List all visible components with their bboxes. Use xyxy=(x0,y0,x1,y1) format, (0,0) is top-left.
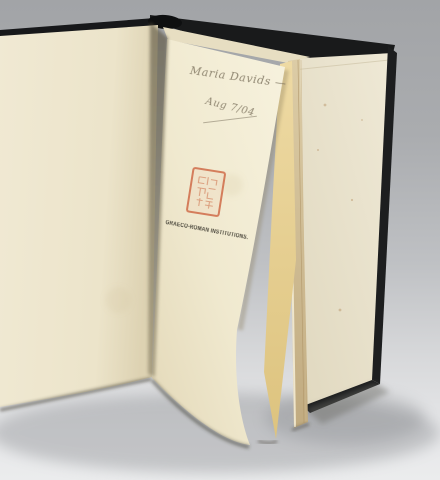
page-stain xyxy=(105,287,131,313)
page-stain xyxy=(221,174,243,196)
left-endpaper xyxy=(0,25,158,407)
book-illustration xyxy=(0,0,440,480)
book-photograph: Maria Davids — Aug 7/04 GRAECO-ROMAN INS… xyxy=(0,0,440,480)
inscription-page xyxy=(152,39,285,445)
